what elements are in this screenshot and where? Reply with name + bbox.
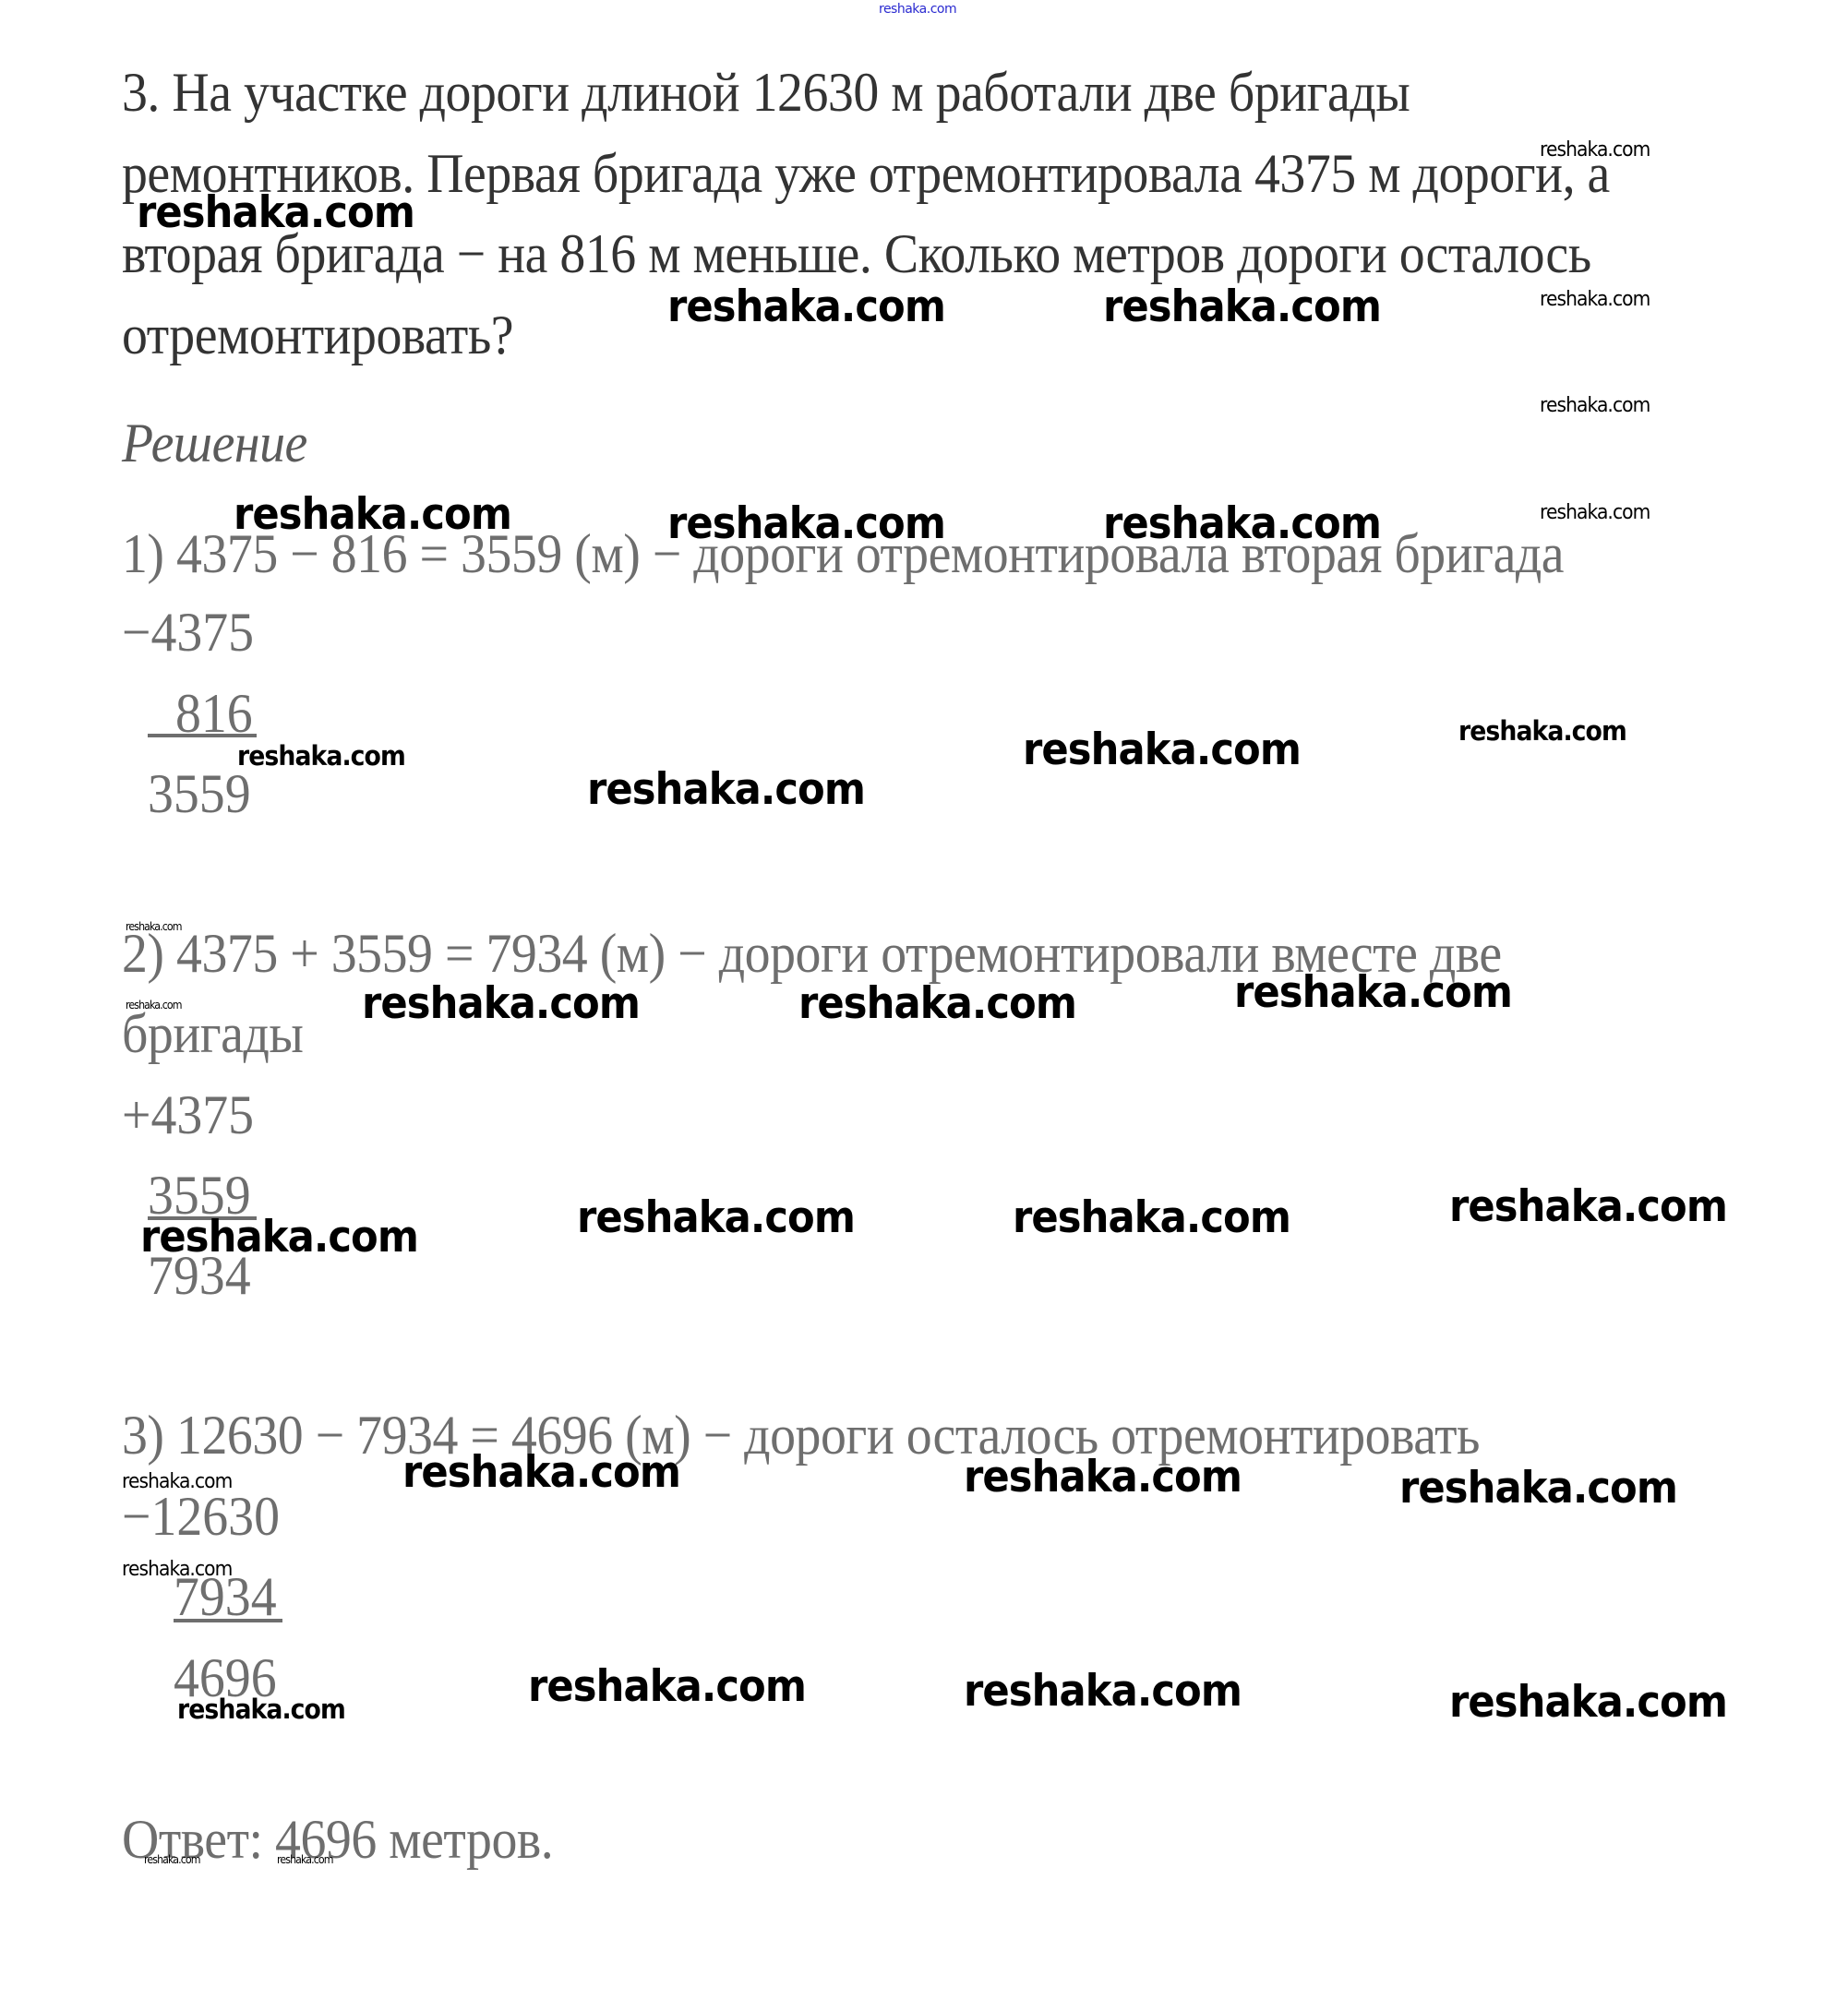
step-2-column-top: +4375 — [122, 1087, 254, 1143]
step-1-column-result: 3559 — [148, 766, 251, 821]
watermark: reshaka.com — [667, 281, 945, 332]
watermark: reshaka.com — [1103, 498, 1381, 549]
watermark: reshaka.com — [177, 1694, 345, 1725]
document-page: reshaka.com 3. На участке дороги длиной … — [0, 0, 1848, 2011]
watermark: reshaka.com — [1540, 288, 1650, 311]
watermark-top: reshaka.com — [879, 2, 956, 17]
solution-heading: Решение — [122, 415, 307, 471]
watermark: reshaka.com — [1399, 1463, 1677, 1514]
watermark: reshaka.com — [137, 187, 414, 238]
watermark: reshaka.com — [964, 1452, 1242, 1502]
watermark: reshaka.com — [528, 1661, 806, 1712]
watermark: reshaka.com — [798, 978, 1076, 1029]
watermark: reshaka.com — [964, 1666, 1242, 1717]
watermark: reshaka.com — [1458, 715, 1626, 747]
watermark: reshaka.com — [140, 1212, 418, 1263]
watermark: reshaka.com — [1234, 967, 1512, 1018]
step-1-column-rule — [148, 734, 257, 737]
problem-line-1: 3. На участке дороги длиной 12630 м рабо… — [122, 65, 1410, 120]
watermark: reshaka.com — [1449, 1181, 1727, 1232]
watermark: reshaka.com — [1449, 1677, 1727, 1728]
watermark: reshaka.com — [1023, 724, 1301, 775]
watermark: reshaka.com — [1540, 138, 1650, 162]
watermark: reshaka.com — [122, 1470, 232, 1493]
step-3-column-rule — [174, 1619, 282, 1622]
watermark: reshaka.com — [1103, 281, 1381, 332]
step-2-equation-cont: бригады — [122, 1006, 303, 1061]
problem-line-4: отремонтировать? — [122, 307, 513, 363]
watermark: reshaka.com — [234, 489, 511, 540]
step-3-column-top: −12630 — [122, 1489, 280, 1544]
step-1-column-second: 816 — [175, 686, 253, 741]
watermark: reshaka.com — [362, 978, 640, 1029]
step-3-equation: 3) 12630 − 7934 = 4696 (м) − дороги оста… — [122, 1407, 1480, 1463]
watermark: reshaka.com — [667, 498, 945, 549]
watermark: reshaka.com — [126, 999, 182, 1011]
watermark: reshaka.com — [577, 1192, 855, 1243]
watermark: reshaka.com — [277, 1853, 333, 1866]
watermark: reshaka.com — [1540, 394, 1650, 417]
watermark: reshaka.com — [587, 764, 865, 815]
watermark: reshaka.com — [237, 740, 405, 772]
watermark: reshaka.com — [144, 1853, 200, 1866]
watermark: reshaka.com — [1013, 1192, 1290, 1243]
step-1-column-top: −4375 — [122, 604, 254, 660]
watermark: reshaka.com — [1540, 501, 1650, 524]
watermark: reshaka.com — [126, 920, 182, 933]
watermark: reshaka.com — [122, 1558, 232, 1581]
watermark: reshaka.com — [402, 1447, 680, 1498]
